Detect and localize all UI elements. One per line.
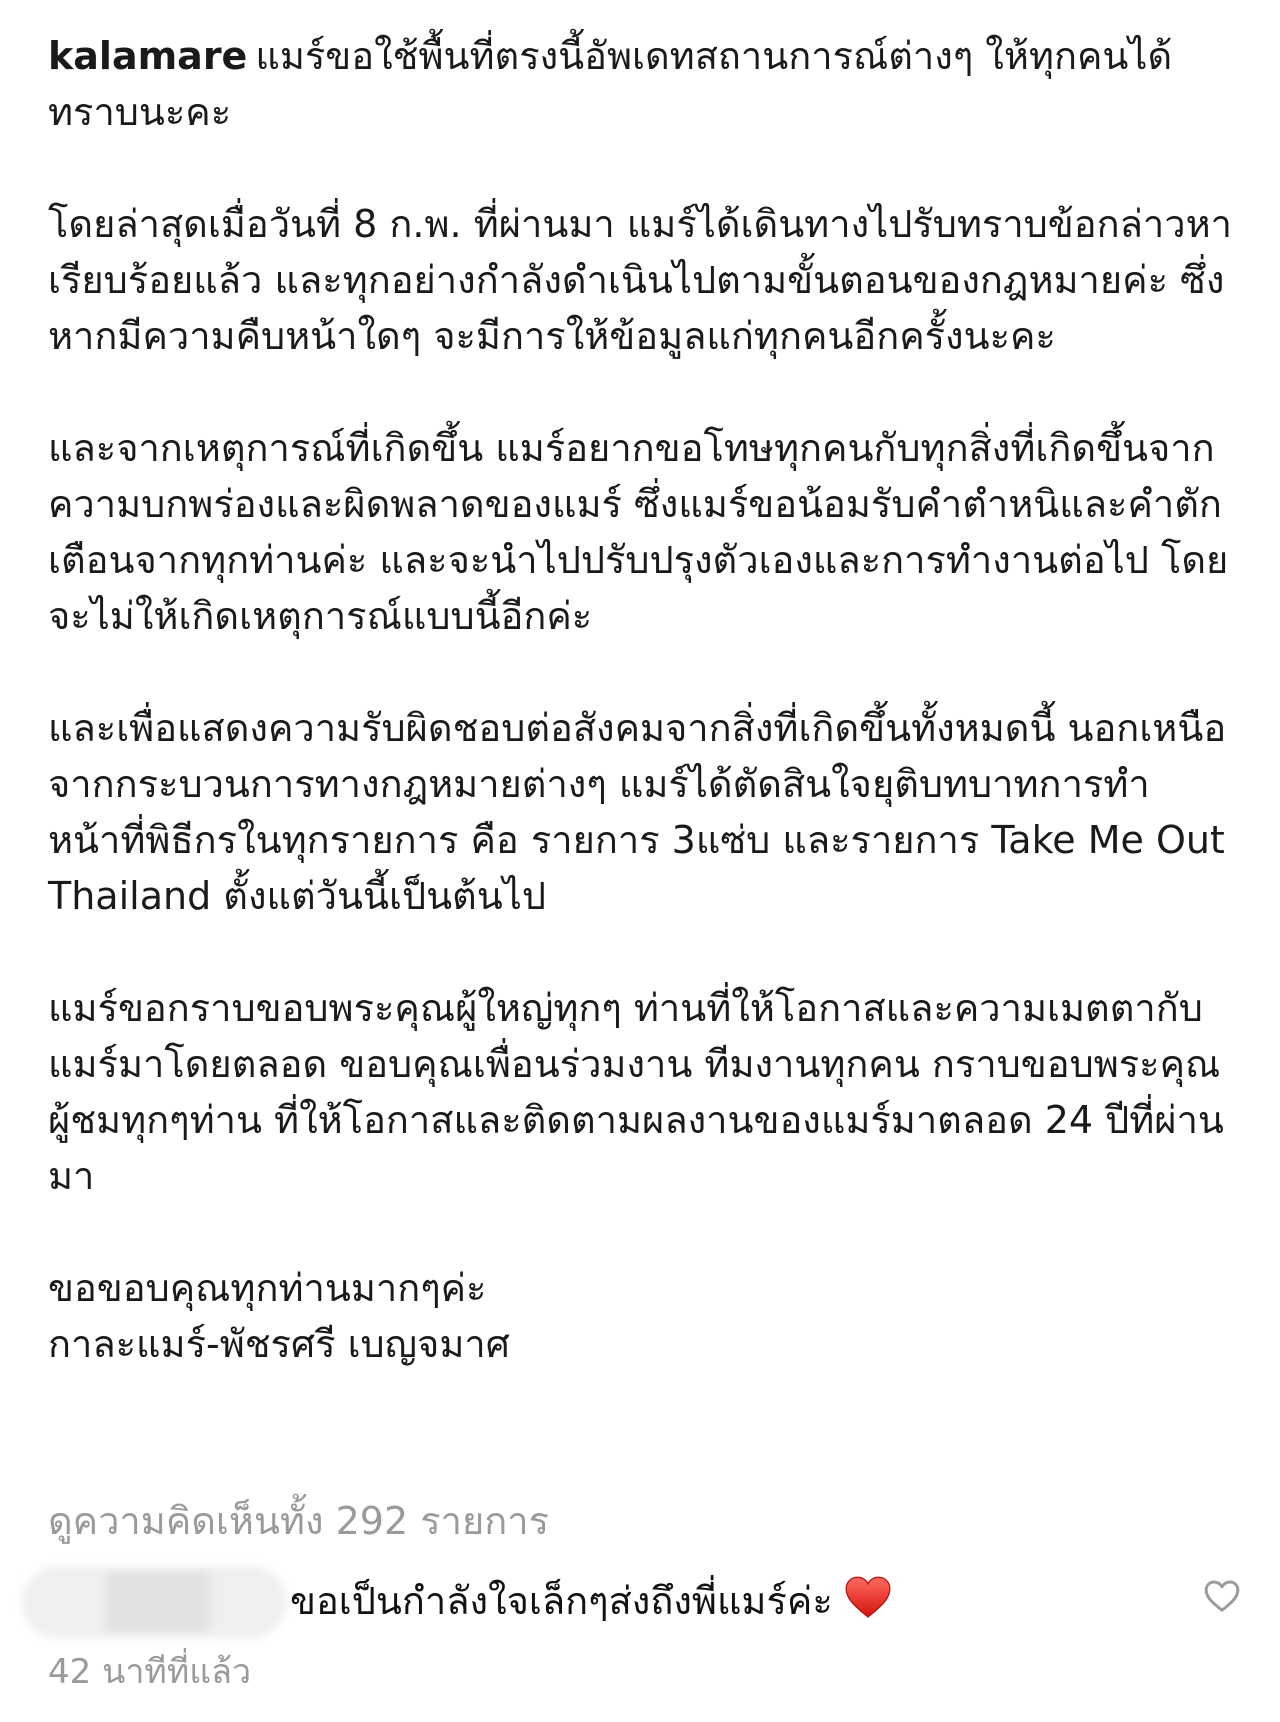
like-comment-button[interactable] [1202, 1576, 1242, 1616]
view-all-comments-link[interactable]: ดูความคิดเห็นทั้ง 292 รายการ [48, 1490, 549, 1551]
caption-paragraph-1: kalamareแมร์ขอใช้พื้นที่ตรงนี้อัพเดทสถาน… [48, 28, 1238, 140]
blurred-commenter-username[interactable] [22, 1566, 286, 1638]
caption-paragraph-2: โดยล่าสุดเมื่อวันที่ 8 ก.พ. ที่ผ่านมา แม… [48, 196, 1238, 364]
comment-timestamp: 42 นาทีที่แล้ว [48, 1644, 251, 1698]
red-heart-emoji-icon [843, 1572, 893, 1622]
post-username[interactable]: kalamare [48, 34, 247, 78]
caption-paragraph-5: แมร์ขอกราบขอบพระคุณผู้ใหญ่ทุกๆ ท่านที่ให… [48, 980, 1238, 1204]
signature: กาละแมร์-พัชรศรี เบญจมาศ [48, 1322, 510, 1366]
caption-closing: ขอขอบคุณทุกท่านมากๆค่ะกาละแมร์-พัชรศรี เ… [48, 1260, 1238, 1372]
caption-paragraph-3: และจากเหตุการณ์ที่เกิดขึ้น แมร์อยากขอโทษ… [48, 420, 1238, 644]
heart-outline-icon [1202, 1576, 1242, 1616]
comment-item: ขอเป็นกำลังใจเล็กๆส่งถึงพี่แมร์ค่ะ [0, 1562, 1280, 1642]
post-caption: kalamareแมร์ขอใช้พื้นที่ตรงนี้อัพเดทสถาน… [48, 28, 1238, 1372]
comment-text: ขอเป็นกำลังใจเล็กๆส่งถึงพี่แมร์ค่ะ [290, 1579, 833, 1623]
cut-off-previous-line: · · · [48, 0, 108, 14]
comment-body: ขอเป็นกำลังใจเล็กๆส่งถึงพี่แมร์ค่ะ [290, 1572, 893, 1629]
closing-thanks: ขอขอบคุณทุกท่านมากๆค่ะ [48, 1266, 486, 1310]
caption-paragraph-4: และเพื่อแสดงความรับผิดชอบต่อสังคมจากสิ่ง… [48, 700, 1238, 924]
